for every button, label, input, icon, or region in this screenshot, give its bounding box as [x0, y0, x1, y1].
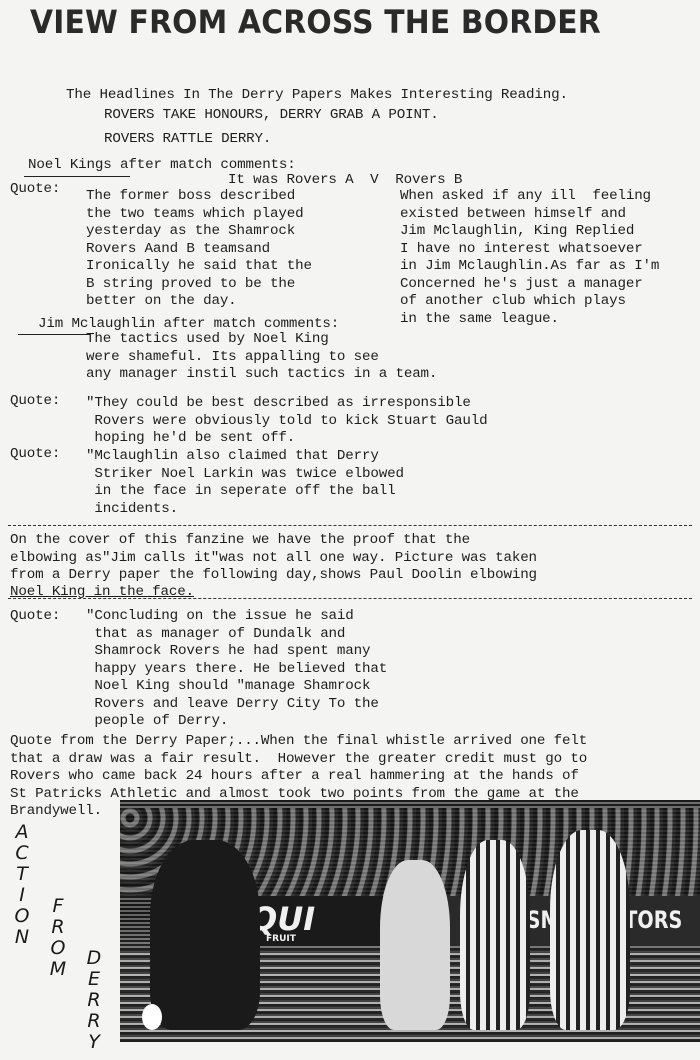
match-photo: QUI FRUIT D SM D MOTORS	[120, 800, 700, 1042]
quote-label: Quote:	[10, 181, 60, 199]
quote-label: Quote:	[10, 446, 60, 464]
concluding-quote-text: "Concluding on the issue he said that as…	[86, 608, 387, 731]
headline-2: ROVERS RATTLE DERRY.	[104, 131, 271, 149]
hoarding-left-subtext: FRUIT	[266, 934, 296, 944]
king-left-column: The former boss described the two teams …	[86, 188, 312, 311]
cover-note: On the cover of this fanzine we have the…	[10, 532, 537, 585]
player	[460, 840, 530, 1030]
headline-1: ROVERS TAKE HONOURS, DERRY GRAB A POINT.	[104, 107, 439, 125]
handwritten-from: FROM	[48, 896, 68, 980]
quote-label: Quote:	[10, 393, 60, 411]
ball	[142, 1004, 162, 1030]
intro-line: The Headlines In The Derry Papers Makes …	[66, 87, 568, 105]
mclaughlin-text: The tactics used by Noel King were shame…	[86, 331, 437, 384]
dashed-divider	[8, 598, 692, 599]
page-title: VIEW FROM ACROSS THE BORDER	[30, 2, 653, 42]
handwritten-action: ACTION	[12, 822, 32, 948]
quote-text: "They could be best described as irrespo…	[86, 395, 487, 448]
dashed-divider	[8, 525, 692, 526]
king-right-column: When asked if any ill feeling existed be…	[400, 188, 659, 328]
handwritten-derry: DERRY	[84, 948, 104, 1053]
quote-text: "Mclaughlin also claimed that Derry Stri…	[86, 448, 404, 518]
player	[550, 830, 630, 1030]
underline-rule	[18, 334, 90, 335]
player	[380, 860, 450, 1030]
quote-label: Quote:	[10, 608, 60, 626]
underline-rule	[24, 176, 130, 177]
king-subheading: It was Rovers A V Rovers B	[228, 172, 462, 190]
player	[150, 840, 260, 1030]
